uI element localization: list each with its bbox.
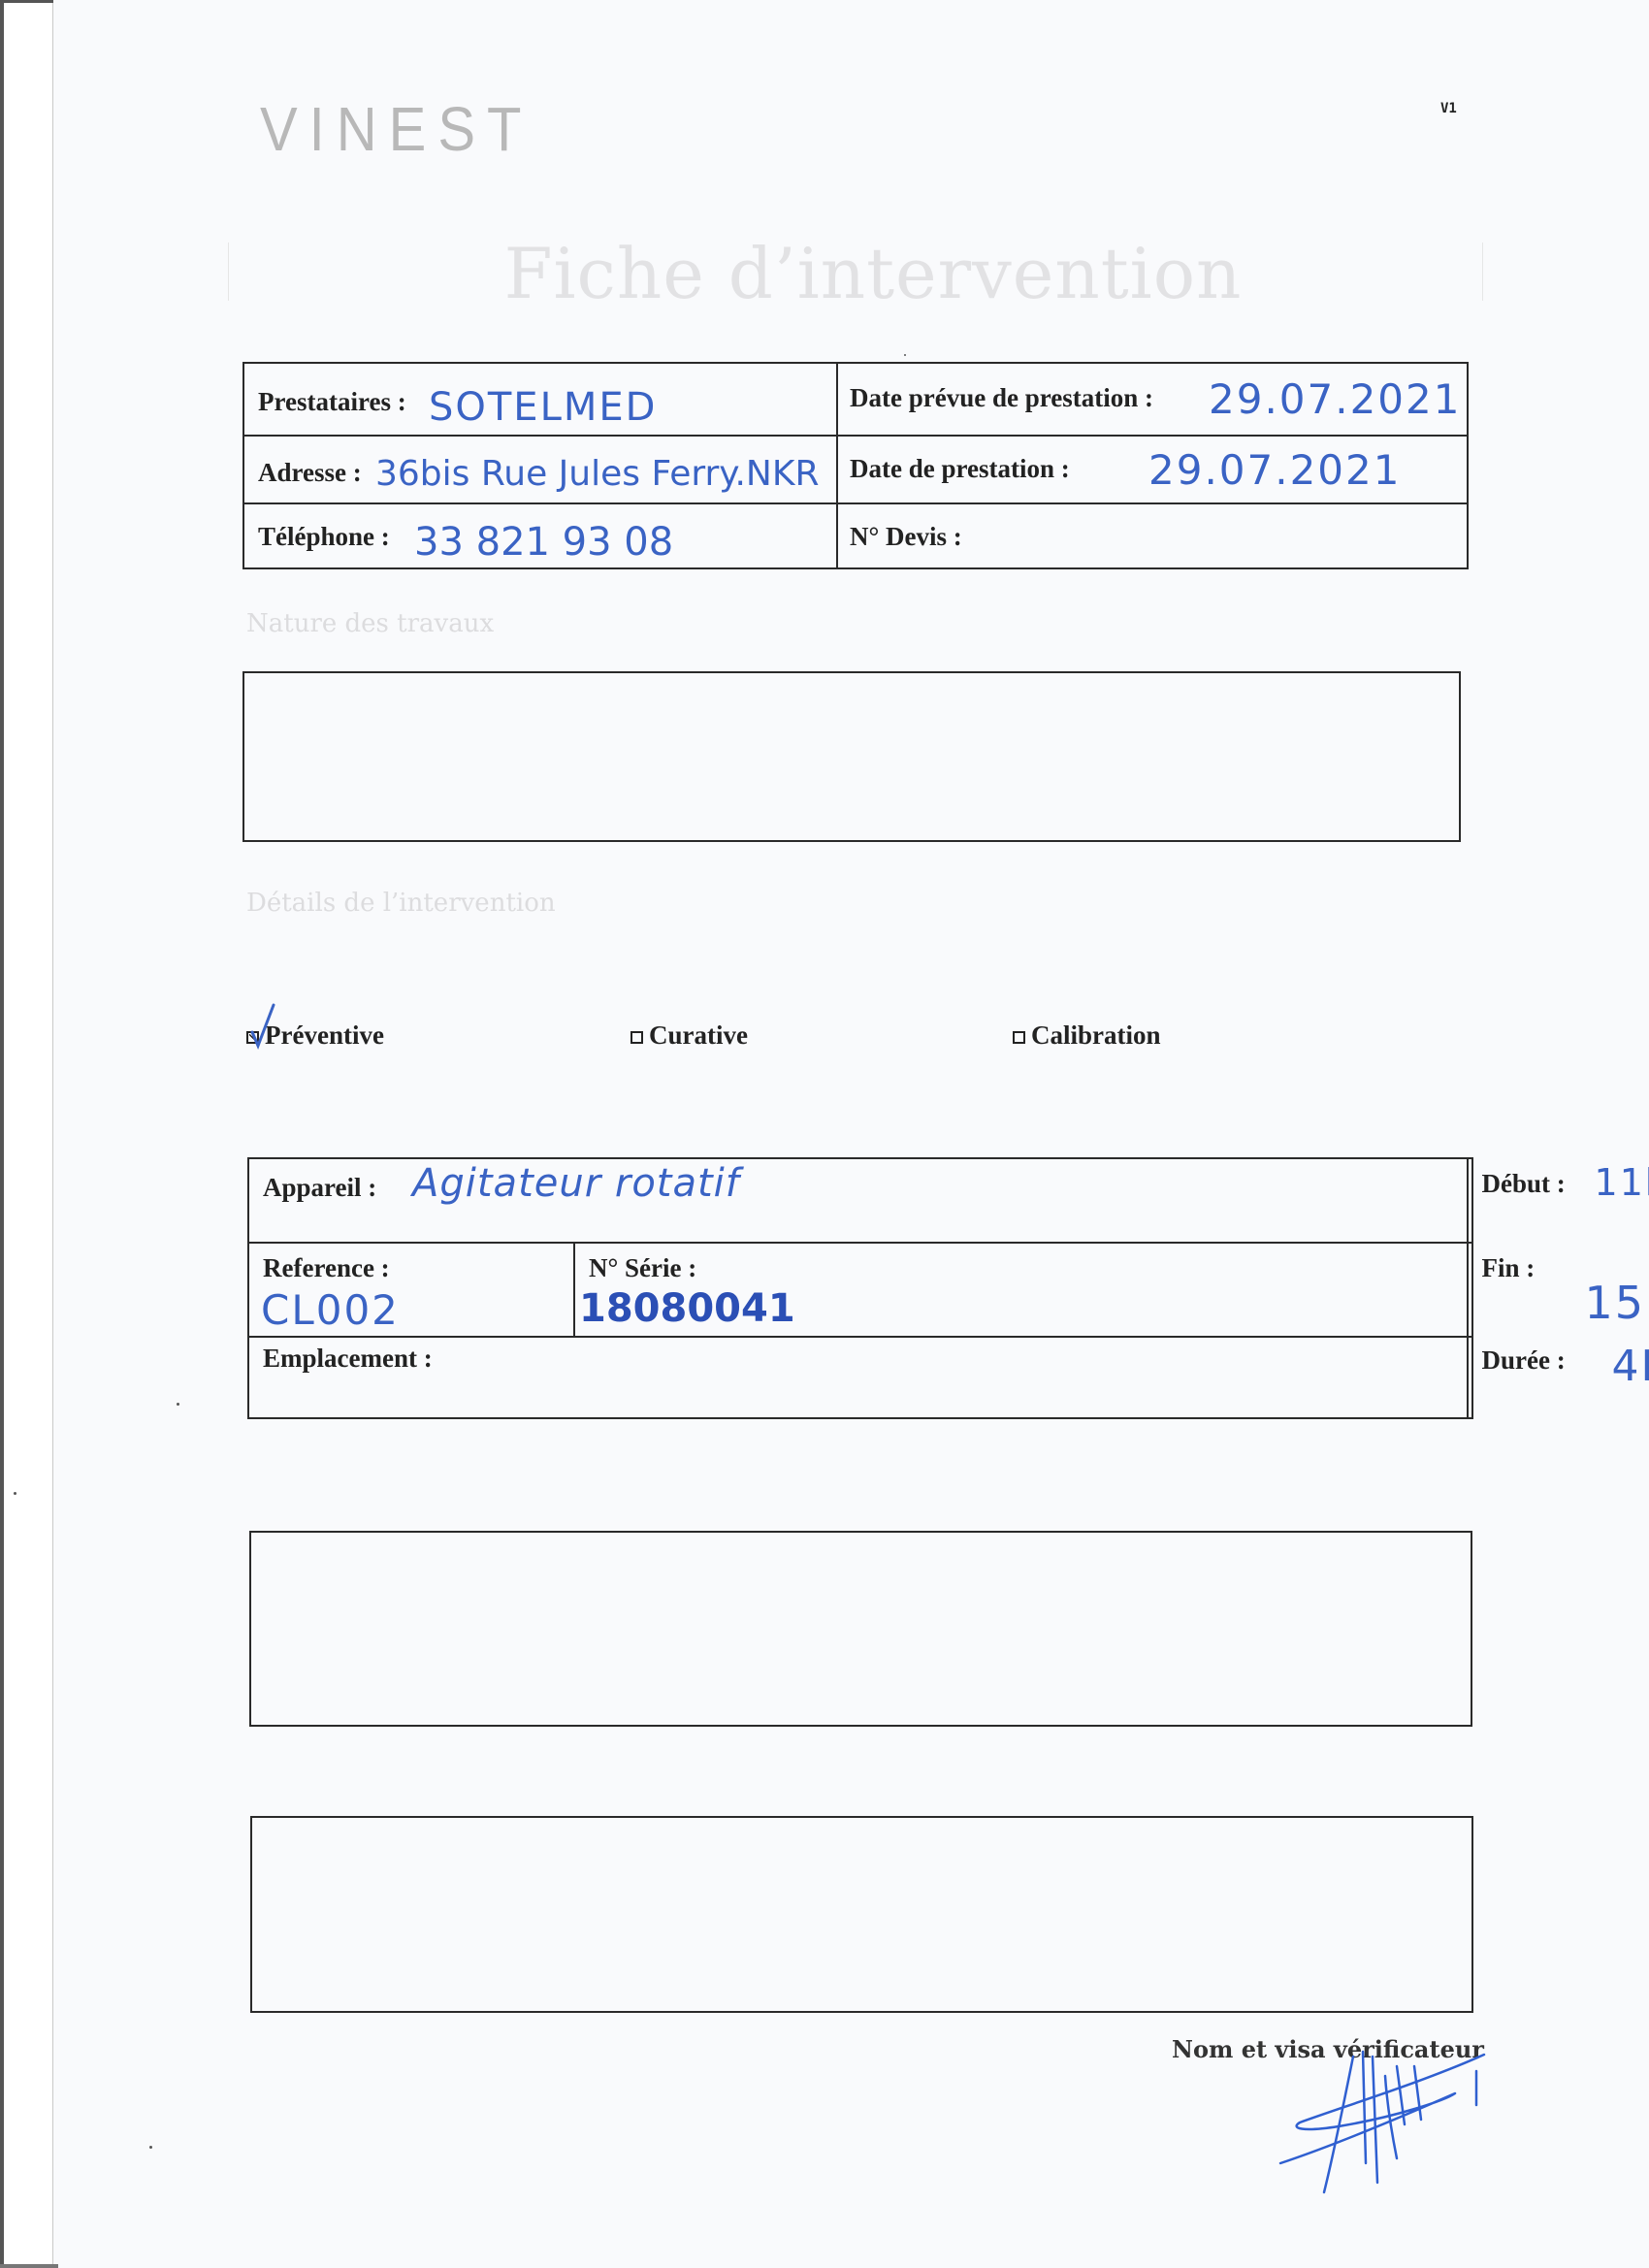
serie-value: 18080041	[579, 1286, 795, 1331]
date-prevue-cell[interactable]: Date prévue de prestation : 29.07.2021	[837, 363, 1468, 436]
adresse-label: Adresse :	[258, 458, 362, 488]
page-title: Fiche d’intervention	[0, 233, 1649, 314]
section-details-intervention: Détails de l’intervention	[246, 889, 556, 918]
company-logo: VINEST	[260, 94, 533, 166]
duree-value: 4HRS	[1612, 1342, 1649, 1391]
serie-cell[interactable]: N° Série : 18080041	[574, 1243, 1468, 1337]
scan-edge-top	[0, 0, 53, 3]
devis-cell[interactable]: N° Devis :	[837, 503, 1468, 568]
serie-label: N° Série :	[589, 1253, 696, 1283]
signature-icon	[1251, 2047, 1503, 2202]
fin-value: 15h00	[1585, 1277, 1649, 1329]
reference-cell[interactable]: Reference : CL002	[248, 1243, 574, 1337]
prestataires-label: Prestataires :	[258, 387, 406, 417]
scan-speck	[904, 354, 906, 356]
date-prevue-value: 29.07.2021	[1209, 375, 1461, 423]
checkbox-curative[interactable]: Curative	[630, 1021, 748, 1051]
emplacement-cell[interactable]: Emplacement :	[248, 1337, 1468, 1418]
checkbox-empty-icon[interactable]	[1013, 1031, 1025, 1044]
handwritten-checkmark-icon	[250, 1003, 275, 1050]
checkbox-calibration[interactable]: Calibration	[1013, 1021, 1161, 1051]
checkbox-preventive-label: Préventive	[265, 1021, 384, 1051]
scan-speck	[177, 1403, 179, 1406]
prestataires-cell[interactable]: Prestataires : SOTELMED	[243, 363, 837, 436]
scan-edge	[0, 0, 53, 2268]
scan-speck	[149, 2146, 152, 2149]
duree-label: Durée :	[1482, 1345, 1566, 1376]
date-prevue-label: Date prévue de prestation :	[850, 383, 1153, 413]
date-prestation-label: Date de prestation :	[850, 454, 1070, 484]
checkbox-calibration-label: Calibration	[1031, 1021, 1161, 1051]
section-nature-travaux: Nature des travaux	[246, 609, 494, 638]
checkbox-curative-label: Curative	[649, 1021, 748, 1051]
reference-label: Reference :	[263, 1253, 390, 1283]
version-label: V1	[1440, 101, 1457, 116]
header-table: Prestataires : SOTELMED Date prévue de p…	[242, 362, 1469, 569]
emplacement-label: Emplacement :	[263, 1344, 433, 1374]
date-prestation-value: 29.07.2021	[1148, 446, 1401, 494]
scan-speck	[14, 1492, 16, 1495]
telephone-cell[interactable]: Téléphone : 33 821 93 08	[243, 503, 837, 568]
debut-label: Début :	[1482, 1169, 1566, 1199]
fin-cell[interactable]: Fin : 15h00	[1468, 1243, 1472, 1337]
devis-label: N° Devis :	[850, 522, 962, 552]
debut-value: 11h30	[1595, 1161, 1649, 1204]
adresse-value: 36bis Rue Jules Ferry.NKR	[375, 454, 819, 494]
checkbox-preventive[interactable]: Préventive	[246, 1021, 384, 1051]
debut-cell[interactable]: Début : 11h30	[1468, 1158, 1472, 1243]
duree-cell[interactable]: Durée : 4HRS	[1468, 1337, 1472, 1418]
fin-label: Fin :	[1482, 1253, 1536, 1283]
intervention-type-group: Préventive Curative Calibration	[246, 1021, 1507, 1059]
observations-box[interactable]	[249, 1531, 1472, 1727]
adresse-cell[interactable]: Adresse : 36bis Rue Jules Ferry.NKR	[243, 436, 837, 503]
telephone-label: Téléphone :	[258, 522, 390, 552]
appareil-value: Agitateur rotatif	[412, 1161, 740, 1206]
date-prestation-cell[interactable]: Date de prestation : 29.07.2021	[837, 436, 1468, 503]
checkbox-empty-icon[interactable]	[630, 1031, 643, 1044]
telephone-value: 33 821 93 08	[414, 520, 673, 565]
nature-travaux-box[interactable]	[242, 671, 1461, 842]
equipment-table: Appareil : Agitateur rotatif Début : 11h…	[247, 1157, 1473, 1419]
remarks-box[interactable]	[250, 1816, 1473, 2013]
prestataires-value: SOTELMED	[429, 385, 657, 430]
reference-value: CL002	[261, 1286, 400, 1334]
appareil-label: Appareil :	[263, 1173, 376, 1203]
scan-edge-bottom	[0, 2264, 58, 2268]
appareil-cell[interactable]: Appareil : Agitateur rotatif	[248, 1158, 1468, 1243]
